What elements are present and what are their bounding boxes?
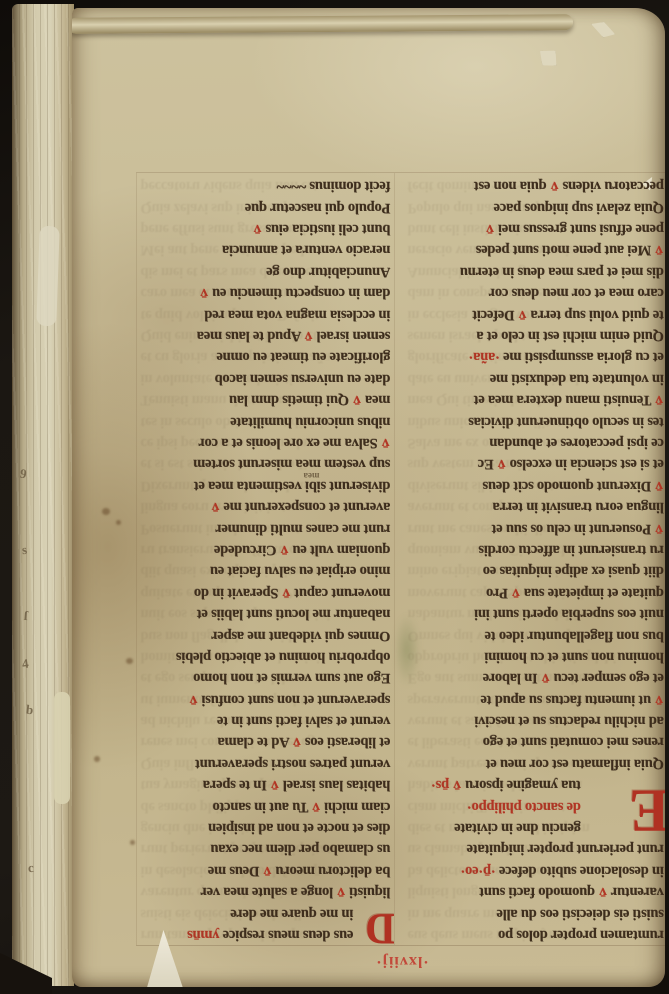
manuscript-line: mino eripiat eu salvu faciat eu: [137, 560, 394, 581]
gothic-text: obprobriu hominu et abiectio plebis: [176, 649, 390, 665]
column-b-text: D mea eus deus meus respice ymn̄sin me q…: [136, 173, 395, 945]
gothic-text: longe a salute mea ver: [201, 884, 337, 900]
rubric-text: ymn̄s: [187, 927, 219, 943]
manuscript-line: bunt celi iusticia eius v̄: [137, 218, 394, 239]
manuscript-line: moverunt caput v̄ Speravit in do: [137, 581, 394, 602]
page-edge-stack: 9 s ſ 4 b c: [12, 4, 74, 986]
versicle-mark: v̄: [211, 499, 220, 515]
gothic-text: ce ipsi peccatores et abundan: [490, 435, 664, 451]
manuscript-line: in desolacione subito defece ·p̄·eo·: [405, 859, 665, 880]
rubric-text: p̄s·: [431, 777, 449, 793]
manuscript-line: dam in conspectu timenciu eu v̄: [137, 282, 394, 303]
manuscript-line: Quia zelavi sup iniquos pace: [405, 196, 665, 217]
gothic-text: Mei aut pene moti sunt pedes: [476, 243, 655, 259]
manuscript-line: fecit dominus ~~~~: [137, 175, 394, 196]
gothic-text: mino eripiat eu salvu faciat eu: [210, 563, 390, 579]
gothic-text: caro mea et cor meu deus cor: [489, 285, 664, 301]
illuminated-initial-d: D: [365, 903, 394, 945]
manuscript-line: liquisti v̄ longe a salute mea ver: [137, 881, 394, 902]
protruding-leaf-tab: [36, 226, 59, 327]
manuscript-line: diviserunt sibi vestimenta mea et: [137, 474, 394, 495]
gothic-text: quoniam vult eu: [289, 542, 390, 558]
manuscript-line: quoniam vult eu v̄ Circudede: [137, 539, 394, 560]
gothic-text: Apud te laus mea: [197, 328, 304, 344]
gothic-text: renes mei comutati sunt et ego: [483, 734, 664, 750]
versicle-mark: v̄: [599, 884, 608, 900]
versicle-mark: v̄: [541, 670, 550, 686]
manuscript-line: semen israel v̄ Apud te laus mea: [137, 325, 394, 346]
manuscript-line: mea v̄ Qui timetis dnm lau: [137, 389, 394, 410]
manuscript-line: verunt patres nostri speraverunt: [137, 752, 394, 773]
gothic-text: dam in conspectu timenciu eu: [209, 285, 391, 301]
gothic-text: bunt celi iusticia eius: [262, 221, 390, 237]
gothic-text: peccatoru videns: [559, 178, 664, 194]
manuscript-line: Quid enim michi est in celo et a: [405, 325, 665, 346]
illuminated-initial-e: E: [629, 775, 665, 845]
gothic-text: quitate et impietate sua: [521, 585, 664, 601]
gothic-text: nibus unicorniu humilitate: [231, 414, 391, 430]
ink-stain-dot: [94, 756, 100, 762]
gothic-text: in me quare me dere: [231, 906, 354, 922]
gothic-text: et si est sciencia in excelso: [507, 456, 665, 472]
manuscript-line: peccatoru videns v̄ quia non est: [405, 175, 665, 196]
manuscript-line: et ego semper tecu v̄ In labore: [405, 667, 665, 688]
photo-background: 9 s ſ 4 b c ·lxviij· E rumtamen propter …: [0, 0, 669, 994]
rubric-text: ·aña·: [469, 349, 500, 365]
gothic-text: diit quasi ex adipe iniquitas eo: [483, 563, 664, 579]
gothic-text: Quia zelavi sup iniquos pace: [494, 200, 664, 216]
gothic-text: Ad te clama: [218, 734, 293, 750]
gothic-text: ad nichilu redactus su et nescivi: [475, 713, 664, 729]
gothic-text: Pro: [486, 585, 511, 601]
manuscript-line: et liberasti eos v̄ Ad te clama: [137, 731, 394, 752]
gothic-text: liquisti: [346, 884, 391, 900]
ink-stain-dot: [130, 840, 135, 845]
manuscript-line: genciu dne in civitate: [405, 817, 665, 838]
versicle-mark: v̄: [253, 221, 262, 237]
gothic-text: et ego semper tecu: [551, 670, 665, 686]
edge-marginalia-glyph: 4: [21, 656, 30, 673]
gothic-text: Posuerunt in celu os suu et: [492, 521, 655, 537]
leaf-edge-streaks: [12, 4, 74, 986]
gothic-text: Dixerunt quomodo scit deus: [483, 478, 655, 494]
versicle-mark: v̄: [655, 478, 664, 494]
versicle-mark: v̄: [282, 585, 291, 601]
manuscript-line: verunt et salvi facti sunt in te: [137, 710, 394, 731]
manuscript-line: eus deus meus respice ymn̄s: [137, 924, 394, 945]
versicle-mark: v̄: [655, 243, 664, 259]
gothic-text: bus non flagellabuntur ideo te: [485, 628, 664, 644]
gothic-text: eus deus meus respice: [220, 927, 354, 943]
gothic-text: Deus me: [208, 863, 263, 879]
gothic-text: suisti eis deiecisti eos du alle: [497, 906, 664, 922]
manuscript-line: v̄ Dixerunt quomodo scit deus: [405, 474, 665, 495]
manuscript-line: v̄ ut iumentu factus su apud te: [405, 688, 665, 709]
manuscript-line: obprobriu hominu et abiectio plebis: [137, 646, 394, 667]
gothic-text: in ecclesia magna vota mea red: [205, 307, 391, 323]
gothic-text: quomodo facti sunt: [480, 884, 599, 900]
manuscript-line: dies et nocte et non ad insipien: [137, 817, 394, 838]
gothic-text: quia non est: [474, 178, 550, 194]
gothic-text: Qui timetis dnm lau: [229, 392, 352, 408]
manuscript-line: speraverunt et non sunt confusi v̄: [137, 688, 394, 709]
versicle-mark: v̄: [518, 307, 527, 323]
versicle-mark: v̄: [655, 392, 664, 408]
gothic-text: Circudede: [214, 542, 280, 558]
versicle-mark: v̄: [189, 692, 198, 708]
gothic-text: lingua eoru transivit in terra: [493, 499, 664, 515]
versicle-mark: v̄: [304, 328, 313, 344]
manuscript-line: habitas laus israel v̄ In te spera: [137, 774, 394, 795]
manuscript-line: caro mea et cor meu deus cor: [405, 282, 665, 303]
gothic-text: ut iumentu factus su apud te: [481, 692, 655, 708]
manuscript-line: rumtamen propter dolos po: [405, 924, 665, 945]
versicle-mark: v̄: [353, 392, 362, 408]
manuscript-page: ·lxviij· E rumtamen propter dolos posuis…: [72, 8, 665, 987]
gothic-text: us clamabo per diem nec exau: [211, 841, 391, 857]
manuscript-line: in ecclesia magna vota mea red: [137, 303, 394, 324]
gothic-text: Speravit in do: [194, 585, 282, 601]
ink-stain-dot: [116, 520, 121, 525]
gothic-text: Tenuisti manu dextera mea et: [474, 392, 655, 408]
manuscript-line: te quid volui sup terra v̄ Defecit: [405, 303, 665, 324]
versicle-mark: v̄: [312, 799, 321, 815]
gothic-text: Quid enim michi est in celo et a: [477, 328, 664, 344]
manuscript-line: Anunciabitur dno ge: [137, 261, 394, 282]
gothic-text: speraverunt et non sunt confusi: [198, 692, 390, 708]
manuscript-line: suisti eis deiecisti eos du alle: [405, 902, 665, 923]
manuscript-line: hominu non sunt et cu homini: [405, 646, 665, 667]
manuscript-line: v̄ Tenuisti manu dextera mea et: [405, 389, 665, 410]
gothic-text: runt me canes multi dinumer: [215, 521, 390, 537]
manuscript-line: bus non flagellabuntur ideo te: [405, 624, 665, 645]
gothic-text: dies et nocte et non ad insipien: [208, 820, 390, 836]
gothic-text: Ego aut sum vermis et non homo: [194, 670, 391, 686]
gothic-text: pene effusi sunt gressus mei: [495, 221, 664, 237]
manuscript-line: ad nichilu redactus su et nescivi: [405, 710, 665, 731]
gothic-text: rumtamen propter dolos po: [498, 927, 664, 943]
manuscript-line: renes mei comutati sunt et ego: [405, 731, 665, 752]
gothic-text: sup vestem mea miserunt sortem: [194, 456, 391, 472]
versicle-mark: v̄: [381, 435, 390, 451]
gothic-text: tes in seculo obtinuerunt divicias: [469, 414, 664, 430]
gothic-text: dis mei et pars mea deus in eternu: [460, 264, 664, 280]
manuscript-line: date eu universu semen iacob: [137, 367, 394, 388]
manuscript-line: Populo qui nascetur que: [137, 196, 394, 217]
gothic-text: Salva me ex ore leonis et a cor: [199, 435, 382, 451]
versicle-mark: v̄: [655, 521, 664, 537]
rubric-text: de sancto philippo·: [467, 799, 581, 815]
versicle-mark: v̄: [453, 777, 462, 793]
manuscript-line: nuit eos superbia operti sunt ini: [405, 603, 665, 624]
manuscript-line: ru transierunt in affectu cordis: [405, 539, 665, 560]
manuscript-line: Ego aut sum vermis et non homo: [137, 667, 394, 688]
versicle-mark: v̄: [550, 178, 559, 194]
gothic-text: verunt et salvi facti sunt in te: [217, 713, 390, 729]
manuscript-line: Omnes qui videbant me asper: [137, 624, 394, 645]
manuscript-line: in me quare me dere: [137, 902, 394, 923]
manuscript-line: tua ymagine ipsoru v̄ p̄s·: [405, 774, 665, 795]
gothic-text: Tu aut in sancto: [213, 799, 312, 815]
manuscript-line: ba delictoru meoru v̄ Deus me: [137, 859, 394, 880]
gothic-text: in desolacione subito defece: [496, 863, 664, 879]
interlinear-gloss: mea: [304, 471, 320, 481]
gothic-text: varentur: [608, 884, 664, 900]
manuscript-line: lingua eoru transivit in terra: [405, 496, 665, 517]
manuscript-line: et cu gloria assumpsisti me ·aña·: [405, 346, 665, 367]
manuscript-line: tes in seculo obtinuerunt divicias: [405, 410, 665, 431]
manuscript-line: runt perierunt propter iniquitate: [405, 838, 665, 859]
gothic-text: semen israel: [313, 328, 390, 344]
manuscript-line: glorificate eu timeat eu omne: [137, 346, 394, 367]
gothic-text: date eu universu semen iacob: [215, 371, 391, 387]
column-a-text: E rumtamen propter dolos posuisti eis de…: [405, 173, 665, 945]
manuscript-line: v̄ Salva me ex ore leonis et a cor: [137, 432, 394, 453]
manuscript-line: diit quasi ex adipe iniquitas eo: [405, 560, 665, 581]
gothic-text: glorificate eu timeat eu omne: [217, 349, 391, 365]
manuscript-line: ce ipsi peccatores et abundan: [405, 432, 665, 453]
gothic-text: diviserunt sibi vestimenta mea et: [194, 478, 390, 494]
versicle-mark: v̄: [292, 734, 301, 750]
gothic-text: Anunciabitur dno ge: [266, 264, 390, 280]
versicle-mark: v̄: [263, 863, 272, 879]
edge-marginalia-glyph: ſ: [23, 608, 28, 624]
gothic-text: in voluntate tua deduxisti me: [490, 371, 664, 387]
manuscript-line: v̄ Posuerunt in celu os suu et: [405, 517, 665, 538]
manuscript-line: nibus unicorniu humilitate: [137, 410, 394, 431]
manuscript-line: in voluntate tua deduxisti me: [405, 367, 665, 388]
manuscript-line: v̄ Mei aut pene moti sunt pedes: [405, 239, 665, 260]
manuscript-line: et si est sciencia in excelso v̄ Ec: [405, 453, 665, 474]
manuscript-line: quitate et impietate sua v̄ Pro: [405, 581, 665, 602]
gothic-text: averunt et conspexerunt me: [220, 499, 390, 515]
versicle-mark: v̄: [511, 585, 520, 601]
gothic-text: nuit eos superbia operti sunt ini: [474, 606, 664, 622]
gothic-text: neracio ventura et annuncia: [222, 243, 390, 259]
two-column-layout: E rumtamen propter dolos posuisti eis de…: [136, 172, 665, 946]
manuscript-line: Quia inflamatu est cor meu et: [405, 752, 665, 773]
versicle-mark: v̄: [497, 456, 506, 472]
gothic-text: moverunt caput: [291, 585, 390, 601]
gothic-text: Omnes qui videbant me asper: [211, 628, 390, 644]
gothic-text: genciu dne in civitate: [455, 820, 582, 836]
gothic-text: mea: [362, 392, 391, 408]
manuscript-line: us clamabo per diem nec exau: [137, 838, 394, 859]
top-fold-ridge: [72, 14, 573, 34]
manuscript-line: neracio ventura et annuncia: [137, 239, 394, 260]
manuscript-line: nabantur me locuti sunt labiis et: [137, 603, 394, 624]
gothic-text: Ec: [478, 456, 497, 472]
gothic-text: et cu gloria assumpsisti me: [500, 349, 664, 365]
manuscript-line: runt me canes multi dinumer: [137, 517, 394, 538]
manuscript-line: pene effusi sunt gressus mei v̄: [405, 218, 665, 239]
gothic-text: et liberasti eos: [302, 734, 391, 750]
versicle-mark: v̄: [280, 542, 289, 558]
gothic-text: nabantur me locuti sunt labiis et: [197, 606, 390, 622]
versicle-mark: v̄: [655, 692, 664, 708]
versicle-mark: v̄: [486, 221, 495, 237]
manuscript-line: sup vestem mea miserunt sortem: [137, 453, 394, 474]
gothic-text: hominu non sunt et cu homini: [485, 649, 664, 665]
manuscript-line: ciam michi v̄ Tu aut in sancto: [137, 795, 394, 816]
manuscript-line: dis mei et pars mea deus in eternu: [405, 261, 665, 282]
gothic-text: Quia inflamatu est cor meu et: [486, 756, 664, 772]
gothic-text: verunt patres nostri speraverunt: [195, 756, 390, 772]
gothic-text: ru transierunt in affectu cordis: [479, 542, 664, 558]
edge-marginalia-glyph: c: [27, 860, 34, 876]
gothic-text: Defecit: [473, 307, 519, 323]
gothic-text: In te spera: [203, 777, 270, 793]
gothic-text: Populo qui nascetur que: [245, 200, 390, 216]
gothic-text: ba delictoru meoru: [272, 863, 390, 879]
gothic-text: habitas laus israel: [280, 777, 391, 793]
manuscript-line: de sancto philippo·: [405, 795, 665, 816]
folio-number: ·lxviij·: [136, 948, 665, 972]
ink-stain-dot: [126, 658, 133, 664]
gothic-text: [449, 777, 452, 793]
manuscript-line: averunt et conspexerunt me v̄: [137, 496, 394, 517]
gothic-text: fecit dominus ~~~~: [277, 178, 391, 194]
text-block-rotated-180: ·lxviij· E rumtamen propter dolos posuis…: [136, 172, 665, 972]
versicle-mark: v̄: [200, 285, 209, 301]
manuscript-line: varentur v̄ quomodo facti sunt: [405, 881, 665, 902]
gothic-text: In labore: [483, 670, 541, 686]
corner-crease: [588, 18, 617, 40]
versicle-mark: v̄: [270, 777, 279, 793]
gothic-text: tua ymagine ipsoru: [462, 777, 581, 793]
versicle-mark: v̄: [337, 884, 346, 900]
gothic-text: ciam michi: [321, 799, 390, 815]
gothic-text: te quid volui sup terra: [527, 307, 664, 323]
corner-crease: [537, 45, 562, 71]
bookmark-sliver: [54, 692, 70, 804]
ink-stain-dot: [102, 508, 110, 515]
rubric-text: ·p̄·eo·: [461, 863, 496, 879]
